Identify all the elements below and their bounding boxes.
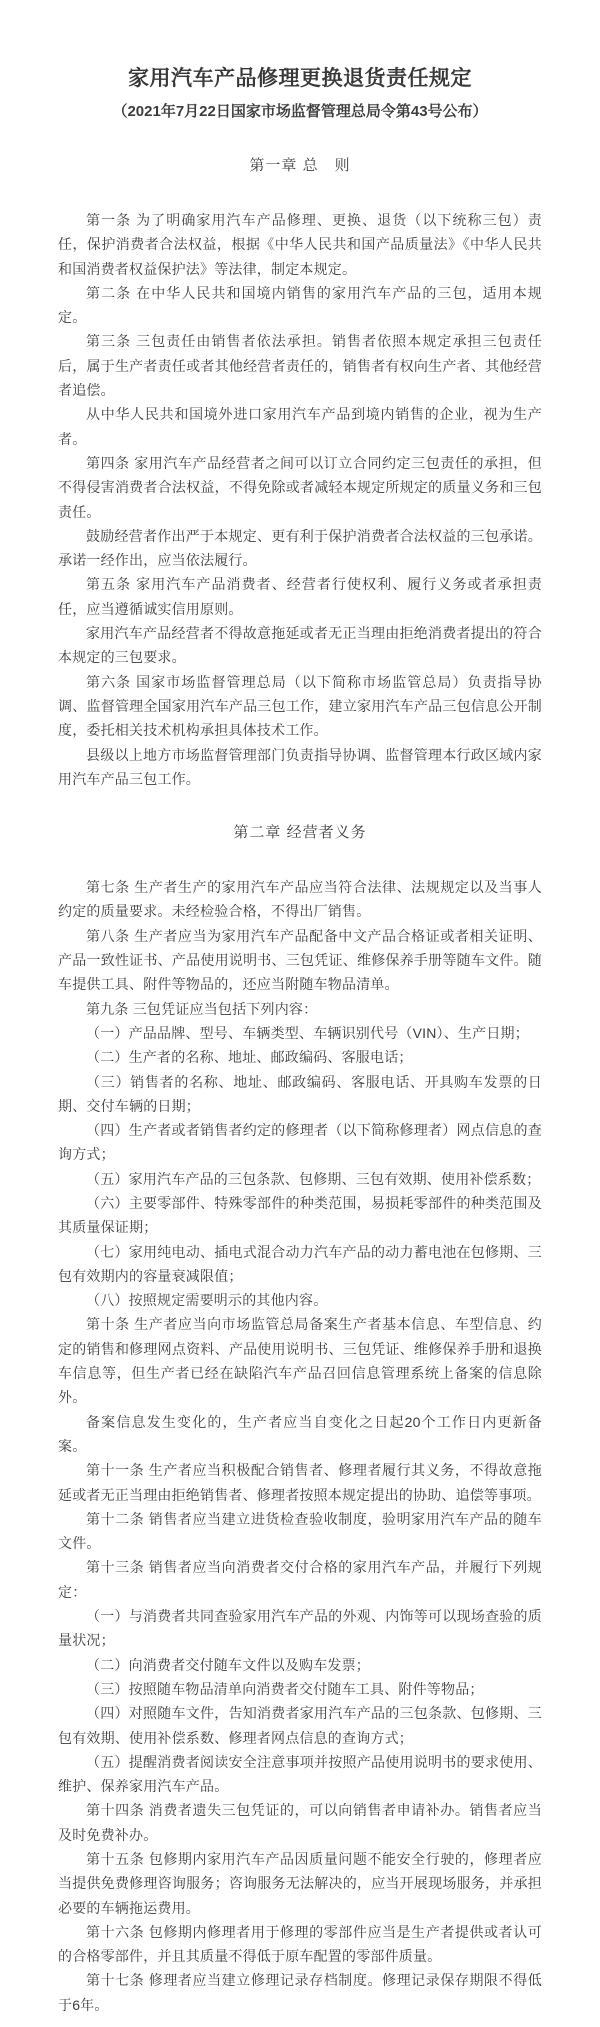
paragraph: （二）生产者的名称、地址、邮政编码、客服电话；: [58, 1045, 542, 1069]
paragraph: （一）与消费者共同查验家用汽车产品的外观、内饰等可以现场查验的质量状况；: [58, 1604, 542, 1653]
paragraph: （一）产品品牌、型号、车辆类型、车辆识别代号（VIN）、生产日期；: [58, 1021, 542, 1045]
paragraph: 第二条 在中华人民共和国境内销售的家用汽车产品的三包，适用本规定。: [58, 281, 542, 330]
paragraph: 从中华人民共和国境外进口家用汽车产品到境内销售的企业，视为生产者。: [58, 402, 542, 451]
paragraph: 第一条 为了明确家用汽车产品修理、更换、退货（以下统称三包）责任，保护消费者合法…: [58, 208, 542, 281]
paragraph: （二）向消费者交付随车文件以及购车发票；: [58, 1653, 542, 1677]
paragraph: 备案信息发生变化的，生产者应当自变化之日起20个工作日内更新备案。: [58, 1410, 542, 1459]
paragraph: 第四条 家用汽车产品经营者之间可以订立合同约定三包责任的承担，但不得侵害消费者合…: [58, 451, 542, 524]
paragraph: （四）对照随车文件，告知消费者家用汽车产品的三包条款、包修期、三包有效期、使用补…: [58, 1701, 542, 1750]
paragraph: （七）家用纯电动、插电式混合动力汽车产品的动力蓄电池在包修期、三包有效期内的容量…: [58, 1240, 542, 1289]
paragraph: 第十三条 销售者应当向消费者交付合格的家用汽车产品，并履行下列规定：: [58, 1555, 542, 1604]
paragraph: （八）按照规定需要明示的其他内容。: [58, 1288, 542, 1312]
chapter-heading: 第一章 总 则: [58, 154, 542, 178]
chapter-heading: 第二章 经营者义务: [58, 821, 542, 845]
paragraph: 第十六条 包修期内修理者用于修理的零部件应当是生产者提供或者认可的合格零部件，并…: [58, 1920, 542, 1969]
paragraph: 第十五条 包修期内家用汽车产品因质量问题不能安全行驶的，修理者应当提供免费修理咨…: [58, 1847, 542, 1920]
paragraph: 第十条 生产者应当向市场监管总局备案生产者基本信息、车型信息、约定的销售和修理网…: [58, 1312, 542, 1409]
document-page: 家用汽车产品修理更换退货责任规定 （2021年7月22日国家市场监督管理总局令第…: [0, 0, 600, 2027]
paragraph: （三）销售者的名称、地址、邮政编码、客服电话、开具购车发票的日期、交付车辆的日期…: [58, 1070, 542, 1119]
document-body: 第一章 总 则第一条 为了明确家用汽车产品修理、更换、退货（以下统称三包）责任，…: [58, 154, 542, 2017]
document-promulgation-line: （2021年7月22日国家市场监督管理总局令第43号公布）: [58, 100, 542, 124]
paragraph: 第三条 三包责任由销售者依法承担。销售者依照本规定承担三包责任后，属于生产者责任…: [58, 329, 542, 402]
paragraph: （三）按照随车物品清单向消费者交付随车工具、附件等物品；: [58, 1677, 542, 1701]
paragraph: 鼓励经营者作出严于本规定、更有利于保护消费者合法权益的三包承诺。承诺一经作出，应…: [58, 524, 542, 573]
paragraph: （六）主要零部件、特殊零部件的种类范围，易损耗零部件的种类范围及其质量保证期；: [58, 1191, 542, 1240]
paragraph: 第六条 国家市场监督管理总局（以下简称市场监管总局）负责指导协调、监督管理全国家…: [58, 670, 542, 743]
paragraph: 家用汽车产品经营者不得故意拖延或者无正当理由拒绝消费者提出的符合本规定的三包要求…: [58, 621, 542, 670]
paragraph: 第五条 家用汽车产品消费者、经营者行使权利、履行义务或者承担责任，应当遵循诚实信…: [58, 572, 542, 621]
document-title: 家用汽车产品修理更换退货责任规定: [58, 64, 542, 94]
paragraph: （五）提醒消费者阅读安全注意事项并按照产品使用说明书的要求使用、维护、保养家用汽…: [58, 1750, 542, 1799]
paragraph: 第十七条 修理者应当建立修理记录存档制度。修理记录保存期限不得低于6年。: [58, 1968, 542, 2017]
paragraph: 第十二条 销售者应当建立进货检查验收制度，验明家用汽车产品的随车文件。: [58, 1507, 542, 1556]
paragraph: （四）生产者或者销售者约定的修理者（以下简称修理者）网点信息的查询方式；: [58, 1118, 542, 1167]
paragraph: 第十四条 消费者遗失三包凭证的，可以向销售者申请补办。销售者应当及时免费补办。: [58, 1798, 542, 1847]
paragraph: 县级以上地方市场监督管理部门负责指导协调、监督管理本行政区域内家用汽车产品三包工…: [58, 743, 542, 792]
paragraph: 第八条 生产者应当为家用汽车产品配备中文产品合格证或者相关证明、产品一致性证书、…: [58, 924, 542, 997]
paragraph: 第七条 生产者生产的家用汽车产品应当符合法律、法规规定以及当事人约定的质量要求。…: [58, 875, 542, 924]
paragraph: 第十一条 生产者应当积极配合销售者、修理者履行其义务，不得故意拖延或者无正当理由…: [58, 1458, 542, 1507]
paragraph: 第九条 三包凭证应当包括下列内容：: [58, 997, 542, 1021]
paragraph: （五）家用汽车产品的三包条款、包修期、三包有效期、使用补偿系数；: [58, 1167, 542, 1191]
